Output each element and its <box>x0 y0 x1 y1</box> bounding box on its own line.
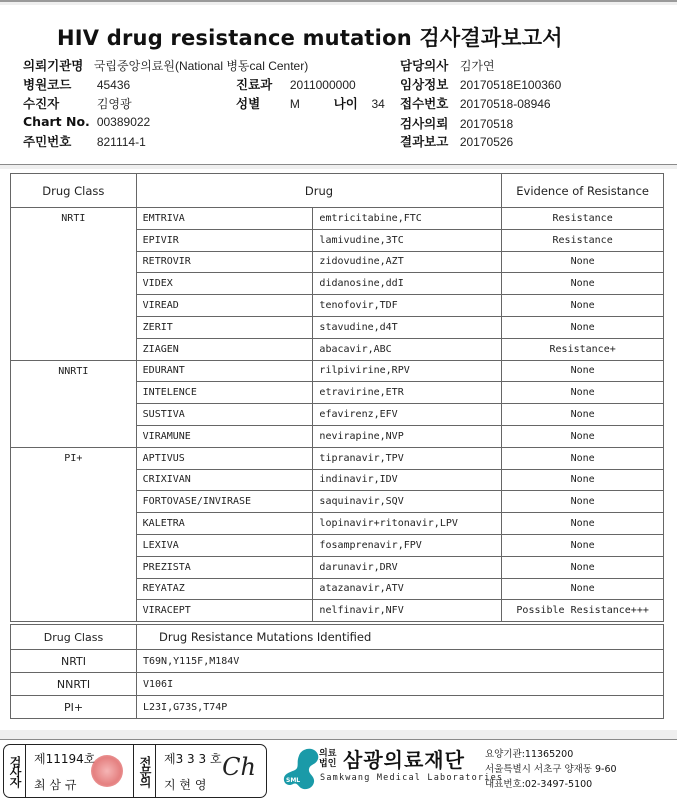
brand-cell: SUSTIVA <box>136 404 313 426</box>
institution-label: 의뢰기관명 <box>23 56 81 74</box>
mutation-row: NNRTI V106I <box>11 673 664 696</box>
lab-info: 요양기관:11365200 서울특별시 서초구 양재동 9-60 대표번호:02… <box>485 747 617 792</box>
generic-cell: stavudine,d4T <box>313 316 502 338</box>
evidence-cell: None <box>502 382 664 404</box>
svg-text:SML: SML <box>286 777 300 784</box>
brand-cell: VIDEX <box>136 273 313 295</box>
chart-no-label: Chart No. <box>23 114 93 129</box>
institution-row: 의뢰기관명 국립중앙의료원(National 병동cal Center) <box>23 56 308 74</box>
generic-cell: atazanavir,ATV <box>313 578 502 600</box>
generic-cell: efavirenz,EFV <box>313 404 502 426</box>
generic-cell: fosamprenavir,FPV <box>313 534 502 556</box>
department-value: 2011000000 <box>290 78 356 92</box>
chart-no-row: Chart No. 00389022 <box>23 114 150 129</box>
section-band <box>0 165 677 169</box>
hospital-code-value: 45436 <box>97 78 130 92</box>
physician-row: 담당의사 김가연 <box>400 56 495 74</box>
brand-cell: RETROVIR <box>136 251 313 273</box>
brand-cell: FORTOVASE/INVIRASE <box>136 491 313 513</box>
specialist-label-text: 전문의 <box>138 756 151 786</box>
brand-cell: KALETRA <box>136 513 313 535</box>
sml-logo-icon: SML <box>282 746 322 792</box>
evidence-cell: None <box>502 534 664 556</box>
evidence-cell: None <box>502 273 664 295</box>
sex-value: M <box>290 97 330 111</box>
brand-cell: EDURANT <box>136 360 313 382</box>
physician-value: 김가연 <box>460 57 495 74</box>
report-date-row: 결과보고 20170526 <box>400 132 513 150</box>
mutation-row: NRTI T69N,Y115F,M184V <box>11 650 664 673</box>
top-band <box>0 2 677 5</box>
brand-cell: INTELENCE <box>136 382 313 404</box>
evidence-cell: Resistance+ <box>502 338 664 360</box>
mutations-cell: V106I <box>137 673 664 696</box>
drug-class-cell: NRTI <box>11 208 137 361</box>
legal-type-line2: 법인 <box>319 759 336 769</box>
lab-phone: 대표번호:02-3497-5100 <box>485 777 617 792</box>
footer-divider <box>0 739 677 740</box>
care-code: 요양기관:11365200 <box>485 747 617 762</box>
brand-cell: VIREAD <box>136 295 313 317</box>
generic-cell: lamivudine,3TC <box>313 229 502 251</box>
mutation-table: Drug Class Drug Resistance Mutations Ide… <box>10 624 664 719</box>
lab-name-ko: 삼광의료재단 <box>343 744 465 773</box>
generic-cell: emtricitabine,FTC <box>313 208 502 230</box>
clinical-info-label: 임상정보 <box>400 75 456 93</box>
brand-cell: ZERIT <box>136 316 313 338</box>
resident-no-row: 주민번호 821114-1 <box>23 132 146 150</box>
header-drug-class: Drug Class <box>11 625 137 650</box>
generic-cell: tenofovir,TDF <box>313 295 502 317</box>
department-row: 진료과 2011000000 <box>236 75 356 93</box>
receipt-no-value: 20170518-08946 <box>460 97 551 111</box>
receipt-no-label: 접수번호 <box>400 94 456 112</box>
evidence-cell: None <box>502 295 664 317</box>
clinical-info-value: 20170518E100360 <box>460 78 561 92</box>
evidence-cell: None <box>502 578 664 600</box>
evidence-cell: None <box>502 360 664 382</box>
generic-cell: didanosine,ddI <box>313 273 502 295</box>
specialist-label: 전문의 <box>134 745 156 797</box>
generic-cell: lopinavir+ritonavir,LPV <box>313 513 502 535</box>
drug-class-cell: PI+ <box>11 696 137 719</box>
resistance-table: Drug Class Drug Evidence of Resistance N… <box>10 173 664 622</box>
brand-cell: VIRAMUNE <box>136 425 313 447</box>
mutation-row: PI+ L23I,G73S,T74P <box>11 696 664 719</box>
institution-value: 국립중앙의료원(National 병동cal Center) <box>94 57 308 74</box>
evidence-cell: None <box>502 447 664 469</box>
brand-cell: LEXIVA <box>136 534 313 556</box>
generic-cell: saquinavir,SQV <box>313 491 502 513</box>
evidence-cell: None <box>502 513 664 535</box>
department-label: 진료과 <box>236 75 286 93</box>
age-value: 34 <box>371 97 384 111</box>
evidence-cell: Resistance <box>502 208 664 230</box>
generic-cell: nevirapine,NVP <box>313 425 502 447</box>
brand-cell: PREZISTA <box>136 556 313 578</box>
patient-name-row: 수진자 김영광 <box>23 94 132 112</box>
hospital-code-row: 병원코드 45436 <box>23 75 130 93</box>
hospital-code-label: 병원코드 <box>23 75 93 93</box>
header-evidence: Evidence of Resistance <box>502 174 664 208</box>
generic-cell: zidovudine,AZT <box>313 251 502 273</box>
clinical-info-row: 임상정보 20170518E100360 <box>400 75 561 93</box>
brand-cell: REYATAZ <box>136 578 313 600</box>
brand-cell: ZIAGEN <box>136 338 313 360</box>
specialist-info: 제3 3 3 호 지 현 영 Ch <box>156 745 266 797</box>
brand-cell: CRIXIVAN <box>136 469 313 491</box>
evidence-cell: None <box>502 251 664 273</box>
request-date-value: 20170518 <box>460 117 513 131</box>
lab-name-en: Samkwang Medical Laboratories <box>320 773 503 783</box>
evidence-cell: Possible Resistance+++ <box>502 600 664 622</box>
brand-cell: VIRACEPT <box>136 600 313 622</box>
seal-stamp-icon <box>91 755 123 787</box>
request-date-label: 검사의뢰 <box>400 114 456 132</box>
sex-row: 성별 M 나이 34 <box>236 94 385 112</box>
drug-class-cell: NRTI <box>11 650 137 673</box>
patient-name-label: 수진자 <box>23 94 93 112</box>
legal-type: 의료 법인 <box>319 749 336 769</box>
evidence-cell: Resistance <box>502 229 664 251</box>
evidence-cell: None <box>502 491 664 513</box>
evidence-cell: None <box>502 556 664 578</box>
report-date-label: 결과보고 <box>400 132 456 150</box>
header-mutations: Drug Resistance Mutations Identified <box>137 625 664 650</box>
evidence-cell: None <box>502 316 664 338</box>
header-drug: Drug <box>136 174 502 208</box>
signature: Ch <box>222 753 256 781</box>
generic-cell: etravirine,ETR <box>313 382 502 404</box>
table-row: NNRTI EDURANT rilpivirine,RPV None <box>11 360 664 382</box>
generic-cell: abacavir,ABC <box>313 338 502 360</box>
mutation-table-header: Drug Class Drug Resistance Mutations Ide… <box>11 625 664 650</box>
receipt-no-row: 접수번호 20170518-08946 <box>400 94 551 112</box>
brand-cell: EMTRIVA <box>136 208 313 230</box>
generic-cell: tipranavir,TPV <box>313 447 502 469</box>
sex-label: 성별 <box>236 94 286 112</box>
report-title: HIV drug resistance mutation 검사결과보고서 <box>57 22 563 52</box>
mutations-cell: L23I,G73S,T74P <box>137 696 664 719</box>
generic-cell: darunavir,DRV <box>313 556 502 578</box>
drug-class-cell: PI+ <box>11 447 137 621</box>
signature-box: 검사자 제11194호 최 삼 규 전문의 제3 3 3 호 지 현 영 Ch <box>3 744 267 798</box>
resident-no-value: 821114-1 <box>97 135 146 149</box>
lab-address: 서울특별시 서초구 양재동 9-60 <box>485 762 617 777</box>
generic-cell: nelfinavir,NFV <box>313 600 502 622</box>
request-date-row: 검사의뢰 20170518 <box>400 114 513 132</box>
brand-cell: APTIVUS <box>136 447 313 469</box>
table-row: PI+ APTIVUS tipranavir,TPV None <box>11 447 664 469</box>
patient-name-value: 김영광 <box>97 95 132 112</box>
legal-type-line1: 의료 <box>319 749 336 759</box>
examiner-label: 검사자 <box>4 745 26 797</box>
drug-class-cell: NNRTI <box>11 673 137 696</box>
evidence-cell: None <box>502 469 664 491</box>
drug-class-cell: NNRTI <box>11 360 137 447</box>
mutations-cell: T69N,Y115F,M184V <box>137 650 664 673</box>
header-drug-class: Drug Class <box>11 174 137 208</box>
resident-no-label: 주민번호 <box>23 132 93 150</box>
evidence-cell: None <box>502 425 664 447</box>
footer-band <box>0 730 677 739</box>
age-label: 나이 <box>334 94 368 112</box>
generic-cell: rilpivirine,RPV <box>313 360 502 382</box>
generic-cell: indinavir,IDV <box>313 469 502 491</box>
report-date-value: 20170526 <box>460 135 513 149</box>
evidence-cell: None <box>502 404 664 426</box>
examiner-label-text: 검사자 <box>8 756 21 786</box>
physician-label: 담당의사 <box>400 56 456 74</box>
table-row: NRTI EMTRIVA emtricitabine,FTC Resistanc… <box>11 208 664 230</box>
examiner-info: 제11194호 최 삼 규 <box>26 745 134 797</box>
chart-no-value: 00389022 <box>97 115 150 129</box>
brand-cell: EPIVIR <box>136 229 313 251</box>
resistance-table-header: Drug Class Drug Evidence of Resistance <box>11 174 664 208</box>
